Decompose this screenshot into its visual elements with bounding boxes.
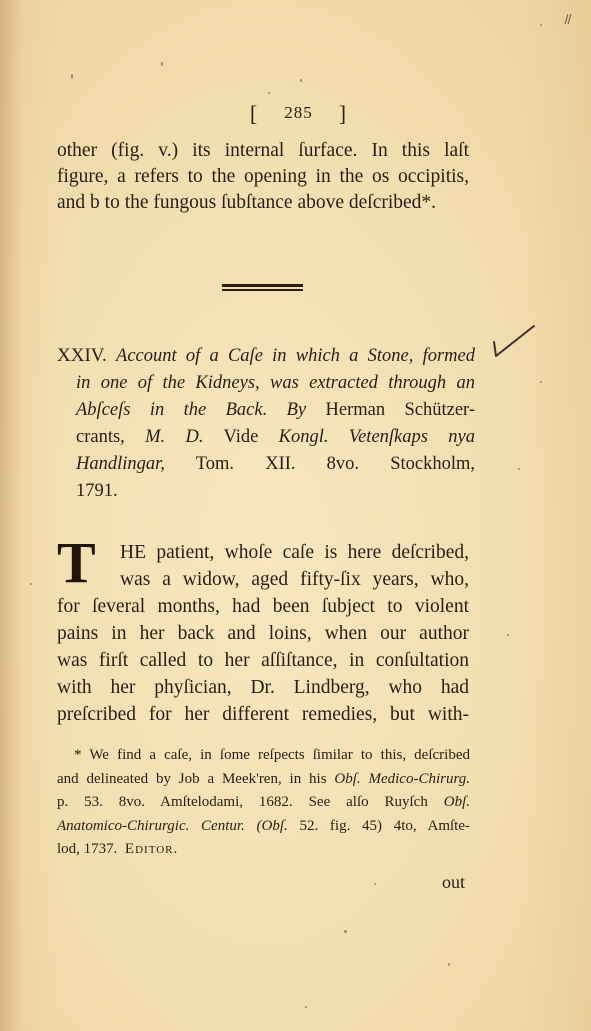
footnote-line-1: We find a caſe, in ſome reſpects ſimilar… <box>89 747 470 763</box>
paper-speck <box>71 74 73 79</box>
header-right-bracket: ] <box>339 101 347 126</box>
footnote-line-4-italic-b: (Obſ. <box>257 818 288 834</box>
paper-speck <box>30 583 32 585</box>
footnote-line-3-italic: Obſ. <box>444 794 470 810</box>
footnote-signature: Editor. <box>125 841 178 857</box>
title-line-1: Account of a Caſe in which a Stone, form… <box>116 346 475 366</box>
body-line-5: was firſt called to her aſſiſtance, in c… <box>57 647 469 674</box>
author-name-cont: crants, <box>76 427 125 447</box>
header-left-bracket: [ <box>250 101 258 126</box>
source-title: Kongl. Vetenſkaps nya <box>279 427 475 447</box>
body-line-4: pains in her back and loins, when our au… <box>57 620 469 647</box>
pencil-check-mark-icon <box>490 312 550 368</box>
source-details: Tom. XII. 8vo. Stockholm, <box>196 454 475 474</box>
title-line-3-italic: Abſceſs in the Back. <box>76 400 267 420</box>
page-number: 285 <box>284 103 313 122</box>
paper-speck <box>540 381 542 383</box>
paper-speck <box>344 930 347 933</box>
paper-speck <box>161 62 163 66</box>
intro-line-2: figure, a refers to the opening in the o… <box>57 164 469 190</box>
catchword: out <box>442 872 465 893</box>
drop-cap: T <box>57 539 96 587</box>
source-title-cont: Handlingar, <box>76 454 165 474</box>
footnote-line-2: and delineated by Job a Meek'ren, in his <box>57 771 327 787</box>
author-name: Herman Schützer- <box>326 400 475 420</box>
paper-speck <box>540 24 542 26</box>
article-title: XXIV. Account of a Caſe in which a Stone… <box>57 342 475 505</box>
source-year: 1791. <box>76 481 118 501</box>
paper-speck <box>374 883 376 885</box>
body-line-1: HE patient, whoſe caſe is here deſcribed… <box>120 542 469 563</box>
intro-line-3: and b to the fungous ſubſtance above deſ… <box>57 190 469 216</box>
vide-label: Vide <box>223 427 258 447</box>
section-separator-rule <box>222 284 303 291</box>
body-paragraph: T HE patient, whoſe caſe is here deſcrib… <box>57 539 469 728</box>
paper-speck <box>448 963 450 966</box>
footnote: * We find a caſe, in ſome reſpects ſimil… <box>57 744 470 862</box>
footnote-line-4-italic-a: Anatomico-Chirurgic. Centur. <box>57 818 245 834</box>
intro-paragraph: other (fig. v.) its internal ſurface. In… <box>57 138 469 216</box>
pencil-tick-mark-icon <box>563 12 573 26</box>
paper-speck <box>507 634 509 636</box>
footnote-line-2-italic: Obſ. Medico-Chirurg. <box>334 771 470 787</box>
footnote-line-5: lod, 1737. <box>57 841 117 857</box>
footnote-line-3: p. 53. 8vo. Amſtelodami, 1682. See alſo … <box>57 794 428 810</box>
book-page: [ 285 ] other (fig. v.) its internal ſur… <box>0 0 591 1031</box>
paper-speck <box>518 468 520 470</box>
paper-speck <box>305 1006 307 1008</box>
footnote-marker: * <box>74 747 82 763</box>
title-line-2: in one of the Kidneys, was extracted thr… <box>76 373 475 393</box>
author-degree: M. D. <box>145 427 203 447</box>
title-by: By <box>287 400 307 420</box>
page-header: [ 285 ] <box>0 101 591 127</box>
body-line-6: with her phyſician, Dr. Lindberg, who ha… <box>57 674 469 701</box>
body-line-2: was a widow, aged fifty-ſix years, who, <box>57 566 469 593</box>
paper-speck <box>268 92 270 94</box>
body-line-3: for ſeveral months, had been ſubject to … <box>57 593 469 620</box>
paper-speck <box>300 79 302 82</box>
intro-line-1: other (fig. v.) its internal ſurface. In… <box>57 138 469 164</box>
article-number: XXIV. <box>57 345 107 366</box>
footnote-line-4: 52. fig. 45) 4to, Amſte- <box>299 818 470 834</box>
body-line-7: preſcribed for her different remedies, b… <box>57 701 469 728</box>
